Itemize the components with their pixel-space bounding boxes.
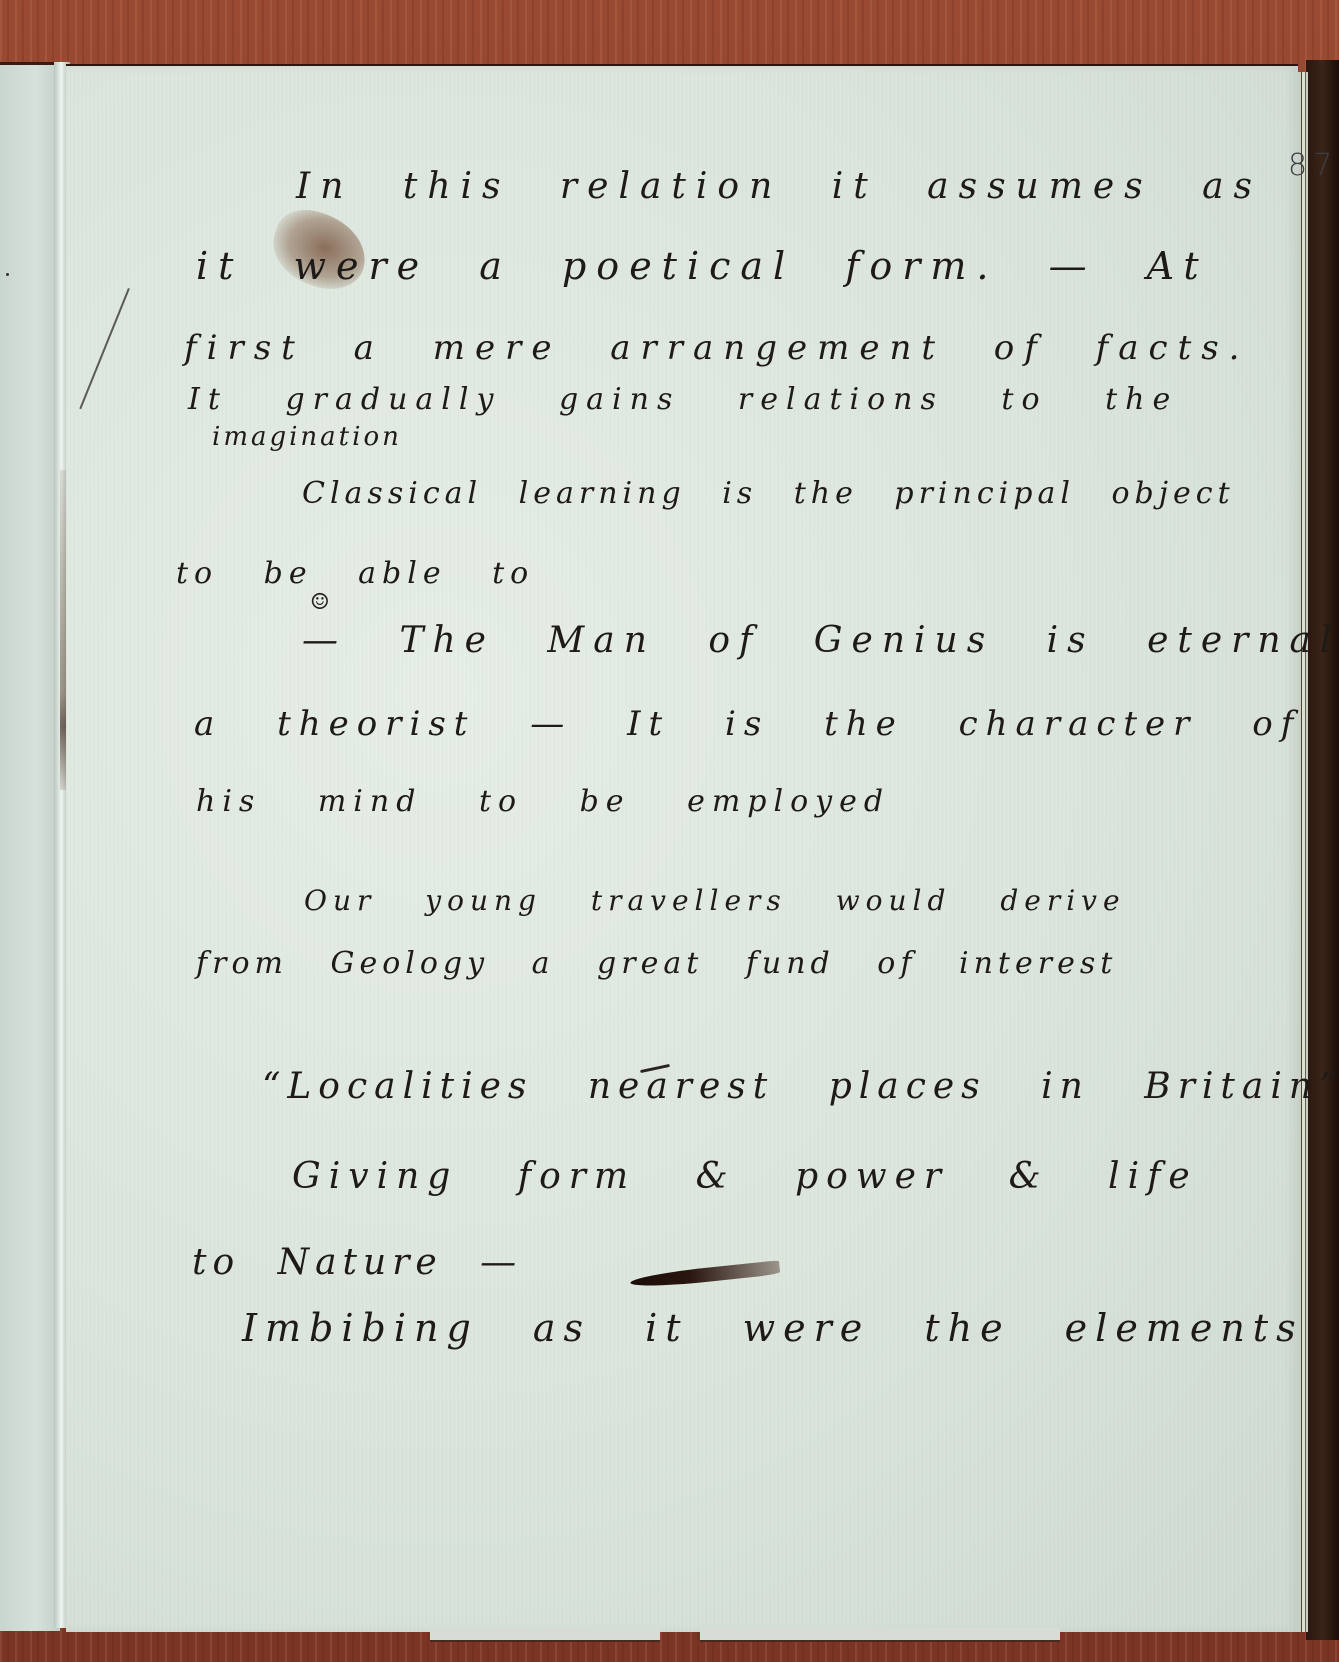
manuscript-line-5: imagination <box>212 422 402 452</box>
manuscript-line-16: Imbibing as it were the elements <box>242 1306 1304 1350</box>
left-facing-page <box>0 62 60 1631</box>
manuscript-line-9: a theorist — It is the character of <box>194 704 1301 744</box>
page-tab-fragment <box>700 1628 1060 1642</box>
profile-doodle-icon: ☺ <box>310 590 330 615</box>
manuscript-line-11: Our young travellers would derive <box>304 884 1126 917</box>
manuscript-line-6: Classical learning is the principal obje… <box>302 476 1235 511</box>
manuscript-line-2: it were a poetical form. — At <box>196 244 1209 288</box>
manuscript-line-1: In this relation it assumes as <box>296 166 1262 207</box>
manuscript-line-4: It gradually gains relations to the <box>188 382 1178 417</box>
book-cover-edge <box>1306 60 1339 1640</box>
manuscript-line-13: “Localities nearest places in Britain” <box>262 1066 1339 1107</box>
manuscript-line-7: to be able to <box>176 556 534 591</box>
ink-blot-stroke <box>630 1260 781 1290</box>
ink-dot <box>6 273 9 276</box>
manuscript-line-14: Giving form & power & life <box>292 1156 1198 1197</box>
page-tab-fragment <box>430 1628 660 1642</box>
manuscript-line-3: first a mere arrangement of facts. <box>184 328 1250 368</box>
manuscript-line-8: — The Man of Genius is eternally <box>302 620 1339 661</box>
manuscript-line-10: his mind to be employed <box>196 784 890 819</box>
manuscript-page: 87 In this relation it assumes as it wer… <box>66 64 1298 1632</box>
margin-pen-stroke <box>79 288 130 409</box>
manuscript-line-15: to Nature — <box>192 1242 522 1283</box>
page-number: 87 <box>1288 148 1338 183</box>
manuscript-line-12: from Geology a great fund of interest <box>196 946 1117 981</box>
